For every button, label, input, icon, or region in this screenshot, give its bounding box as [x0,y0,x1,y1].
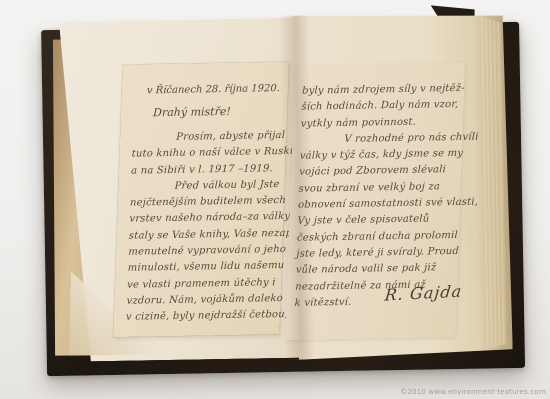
letter-line: obnovení samostatnosti své vlasti, [298,195,459,214]
photo-of-open-book: v Říčanech 28. října 1920. Drahý mistře!… [0,0,550,399]
letter-sheet-right: byly nám zdrojem síly v nejtěž- ších hod… [285,63,465,340]
letter-date: v Říčanech 28. října 1920. [134,82,282,99]
letter-line: vůle národa valil se pak již [295,260,456,279]
letter-line: tuto knihu o naší válce v Rusku [131,144,280,163]
letter-line: ších hodinách. Daly nám vzor, [301,97,462,116]
letter-sheet-left: v Říčanech 28. října 1920. Drahý mistře!… [113,62,288,337]
open-book: v Říčanech 28. října 1920. Drahý mistře!… [41,6,525,382]
letter-line: v cizině, byly nejdražší četbou, [126,307,275,326]
letter-salutation: Drahý mistře! [153,103,282,121]
watermark-text: ©2010 www.environment-textures.com [400,388,546,396]
